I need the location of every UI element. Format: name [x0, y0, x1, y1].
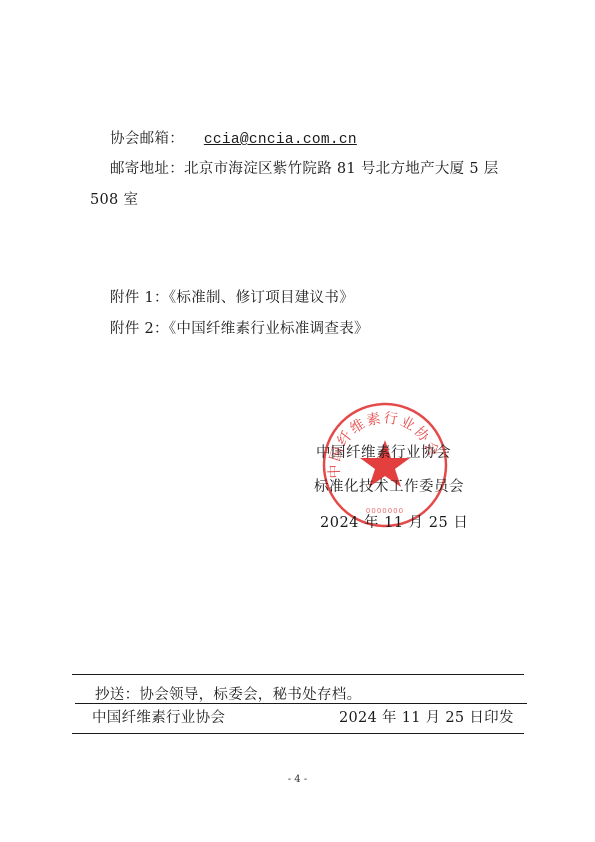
address-row: 邮寄地址：北京市海淀区紫竹院路 81 号北方地产大厦 5 层: [110, 157, 499, 178]
address-line2: 508 室: [90, 188, 138, 209]
signature-date: 2024 年 11 月 25 日: [320, 511, 468, 532]
attachment-label: 附件 1：: [110, 290, 169, 306]
issue-date: 2024 年 11 月 25 日印发: [339, 706, 514, 727]
email-row: 协会邮箱： ccia@cncia.com.cn: [110, 127, 357, 148]
signature-committee: 标准化技术工作委员会: [314, 475, 464, 496]
attachment-2: 附件 2：《中国纤维素行业标准调查表》: [110, 317, 369, 338]
attachment-1: 附件 1：《标准制、修订项目建议书》: [110, 286, 354, 307]
address-line1: 北京市海淀区紫竹院路 81 号北方地产大厦 5 层: [184, 161, 499, 177]
signature-org: 中国纤维素行业协会: [316, 441, 451, 462]
footer-top-rule: [72, 674, 524, 675]
attachment-title: 《中国纤维素行业标准调查表》: [169, 321, 369, 337]
footer-bottom-rule: [72, 733, 524, 734]
address-label: 邮寄地址：: [110, 161, 184, 177]
email-label: 协会邮箱：: [110, 131, 184, 147]
attachment-label: 附件 2：: [110, 321, 169, 337]
issuer: 中国纤维素行业协会: [92, 706, 225, 727]
attachment-title: 《标准制、修订项目建议书》: [169, 290, 354, 306]
page-number: - 4 -: [0, 774, 595, 785]
cc-line: 抄送：协会领导，标委会，秘书处存档。: [95, 683, 361, 704]
email-link[interactable]: ccia@cncia.com.cn: [204, 132, 357, 148]
footer-middle-rule: [75, 703, 527, 704]
